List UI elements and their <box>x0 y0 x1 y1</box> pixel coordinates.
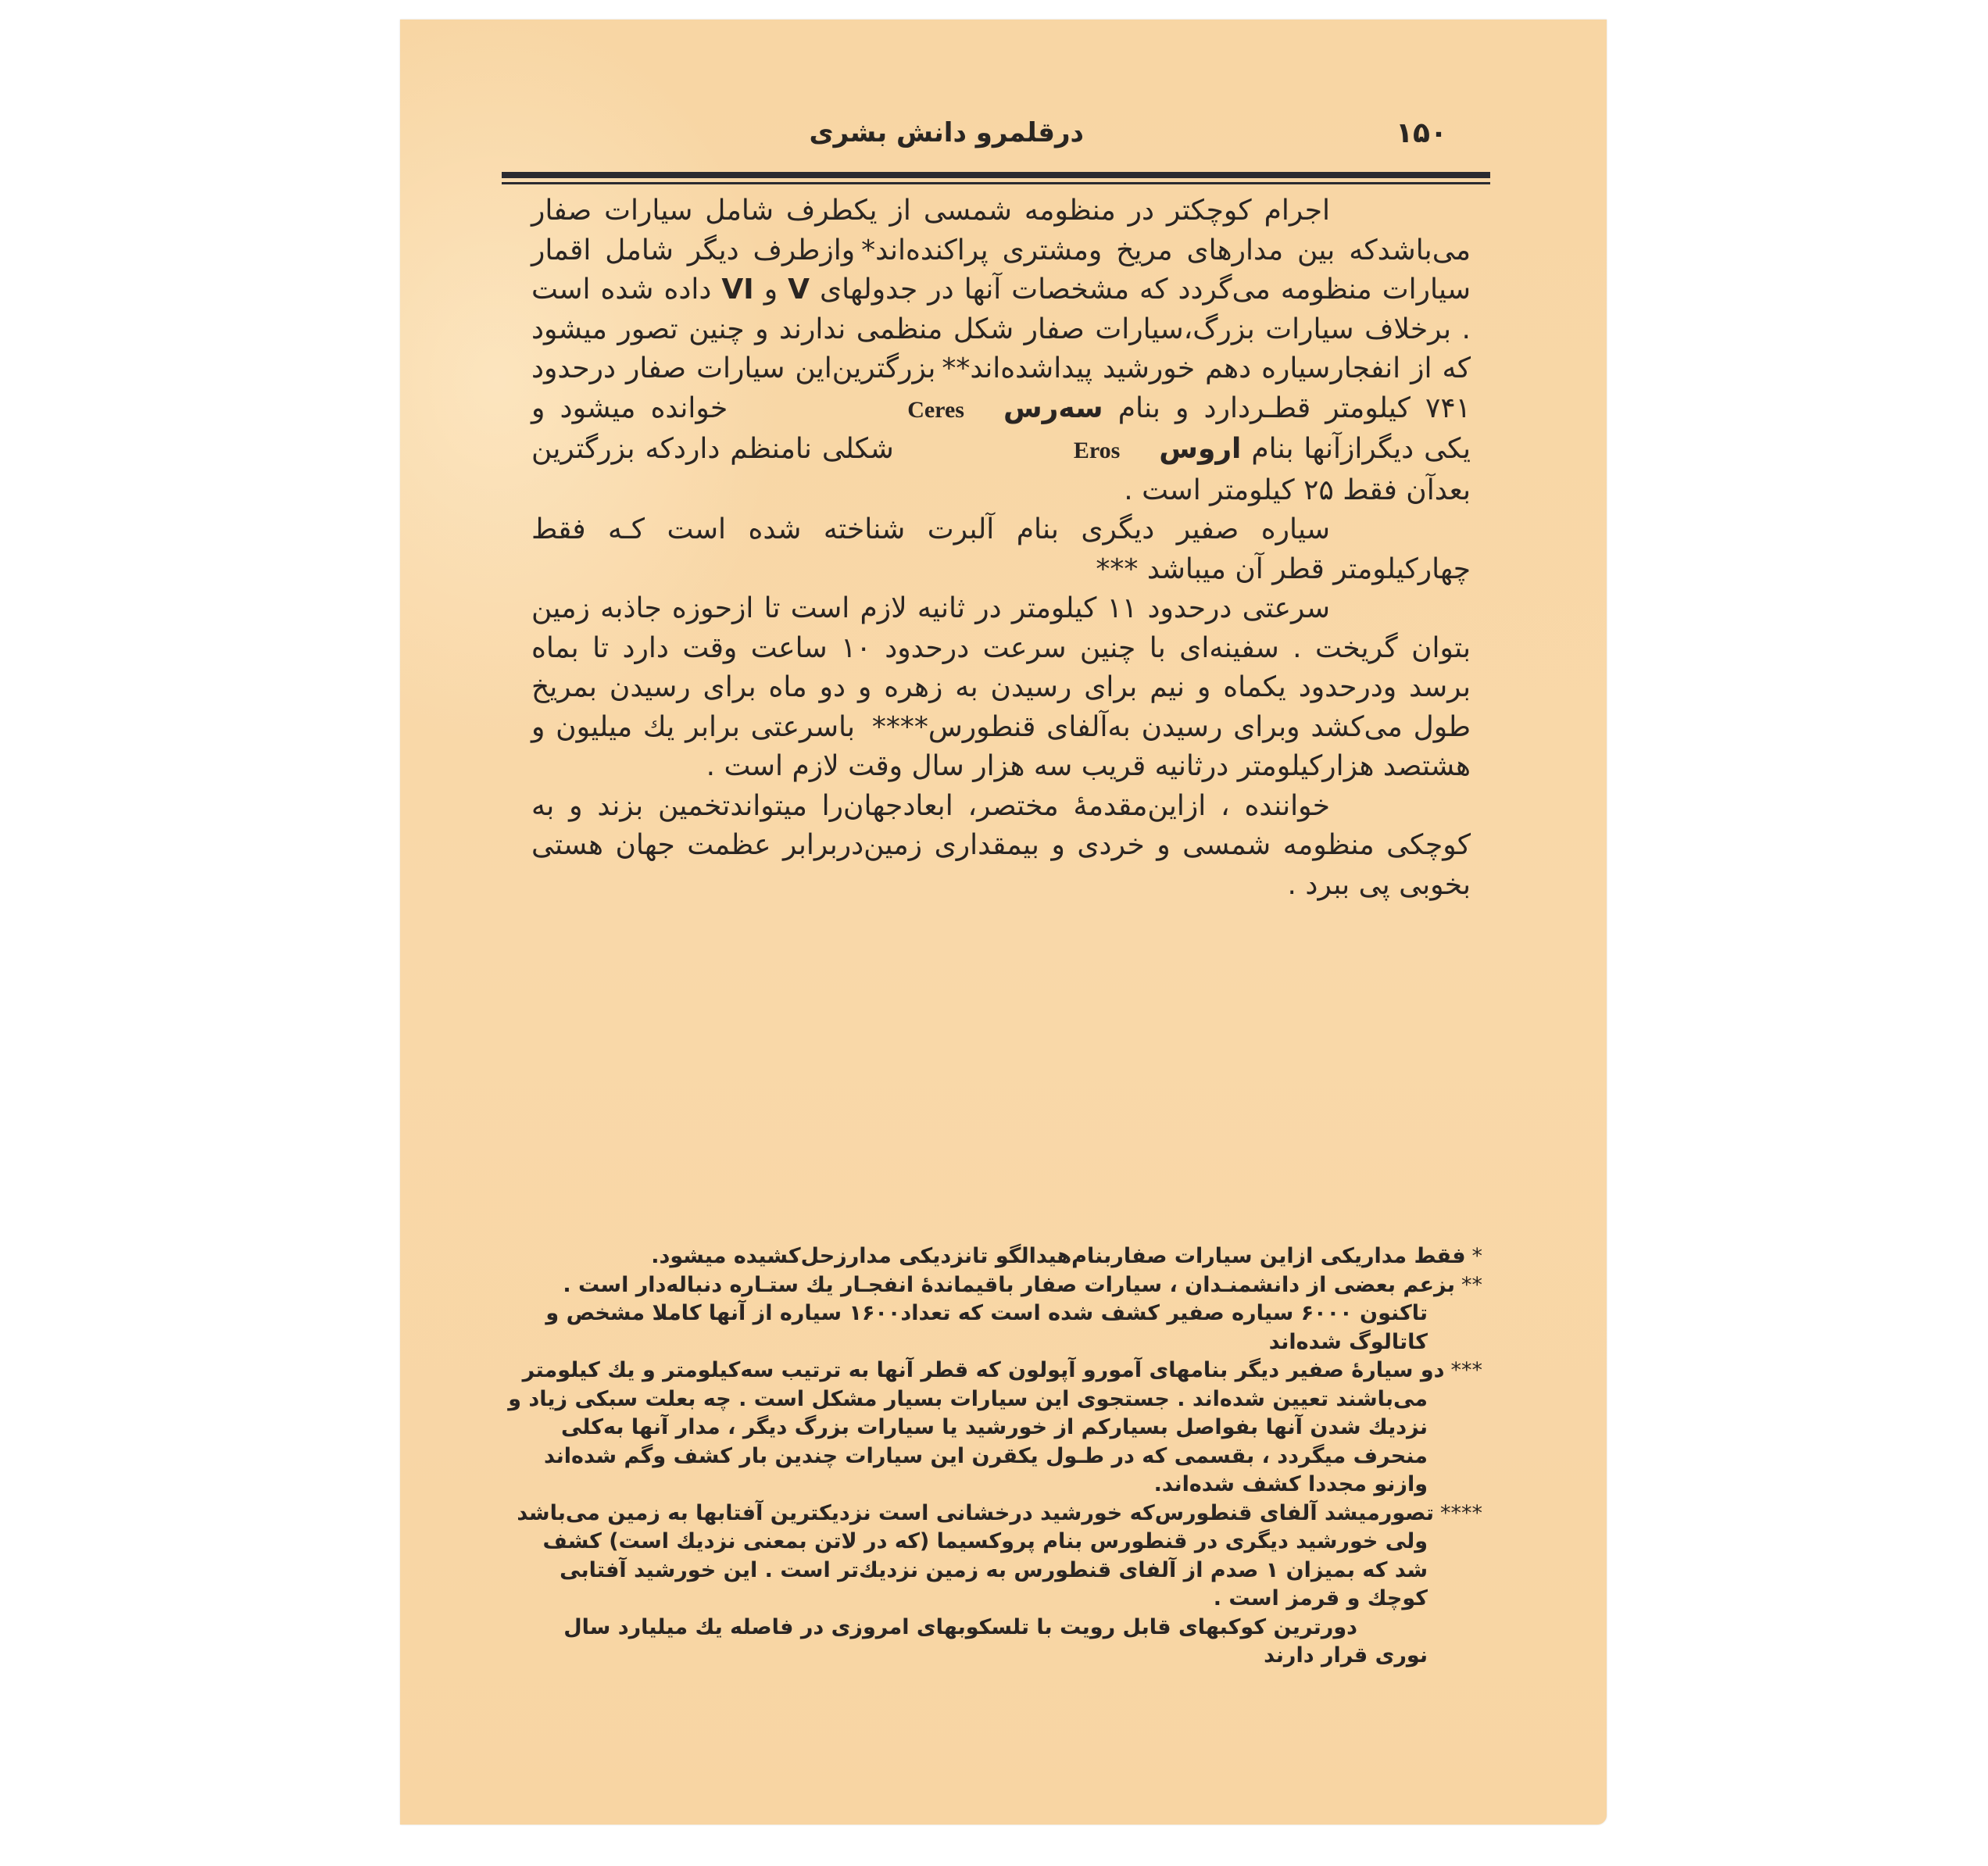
paragraph-4: خواننده ، ازاین‌مقدمهٔ مختصر، ابعادجهان‌… <box>531 787 1471 906</box>
footnote-1-marker: * <box>1472 1244 1483 1268</box>
paragraph-1: اجرام کوچکتر در منظومه شمسی از یکطرف شام… <box>531 191 1471 510</box>
page-header: ۱۵۰ درقلمرو دانش بشری <box>502 117 1490 164</box>
eros-latin: Eros <box>933 431 1120 471</box>
paragraph-3: سرعتی درحدود ۱۱ کیلومتر در ثانیه لازم اس… <box>531 589 1471 787</box>
footnote-4-text: تصورمیشد آلفای قنطورس‌که خورشید درخشانی … <box>517 1501 1434 1611</box>
book-page: ۱۵۰ درقلمرو دانش بشری اجرام کوچکتر در من… <box>400 20 1607 1825</box>
footnote-3-text: دو سیارهٔ صفیر دیگر بنامهای آمورو آپولون… <box>508 1358 1444 1496</box>
footnote-4: ****تصورمیشد آلفای قنطورس‌که خورشید درخش… <box>506 1500 1482 1614</box>
footnote-marker-3: *** <box>1096 553 1138 585</box>
paragraph-2: سیاره صفیر دیگری بنام آلبرت شناخته شده ا… <box>531 510 1471 589</box>
footnote-marker-2: ** <box>942 352 970 384</box>
page-number: ۱۵۰ <box>1396 117 1447 149</box>
footnote-marker-1: * <box>861 234 875 266</box>
ceres-latin: Ceres <box>767 391 964 431</box>
footnote-2-text: بزعم بعضی از دانشمنـدان ، سیارات صفار با… <box>545 1273 1455 1354</box>
conjunction: و <box>754 273 788 306</box>
footnote-1-text: فقط مداریکی ازاین سیارات صفاربنام‌هیدالگ… <box>651 1244 1465 1268</box>
footnote-2-marker: ** <box>1461 1273 1482 1297</box>
table-ref-vi: VI <box>721 273 753 306</box>
footnote-1: *فقط مداریکی ازاین سیارات صفاربنام‌هیدال… <box>506 1242 1482 1271</box>
footnote-3: ***دو سیارهٔ صفیر دیگر بنامهای آمورو آپو… <box>506 1357 1482 1500</box>
footnote-2: **بزعم بعضی از دانشمنـدان ، سیارات صفار … <box>506 1271 1482 1357</box>
footnote-marker-4: **** <box>872 711 928 743</box>
body-text: اجرام کوچکتر در منظومه شمسی از یکطرف شام… <box>531 191 1471 905</box>
footnote-4-marker: **** <box>1440 1501 1482 1525</box>
table-ref-v: V <box>788 273 810 306</box>
p2-text: سیاره صفیر دیگری بنام آلبرت شناخته شده ا… <box>531 513 1471 585</box>
footnote-5-text: دورترین کوکبهای قابل رویت با تلسکوبهای ا… <box>563 1615 1428 1668</box>
header-rule-thick <box>502 172 1490 178</box>
eros-persian: اروس <box>1159 433 1241 465</box>
header-rule-thin <box>502 182 1490 184</box>
ceres-persian: سه‌رس <box>1003 392 1103 424</box>
footnotes: *فقط مداریکی ازاین سیارات صفاربنام‌هیدال… <box>506 1242 1482 1671</box>
footnote-3-marker: *** <box>1451 1358 1483 1382</box>
footnote-5: دورترین کوکبهای قابل رویت با تلسکوبهای ا… <box>506 1614 1482 1671</box>
running-title: درقلمرو دانش بشری <box>809 117 1084 148</box>
